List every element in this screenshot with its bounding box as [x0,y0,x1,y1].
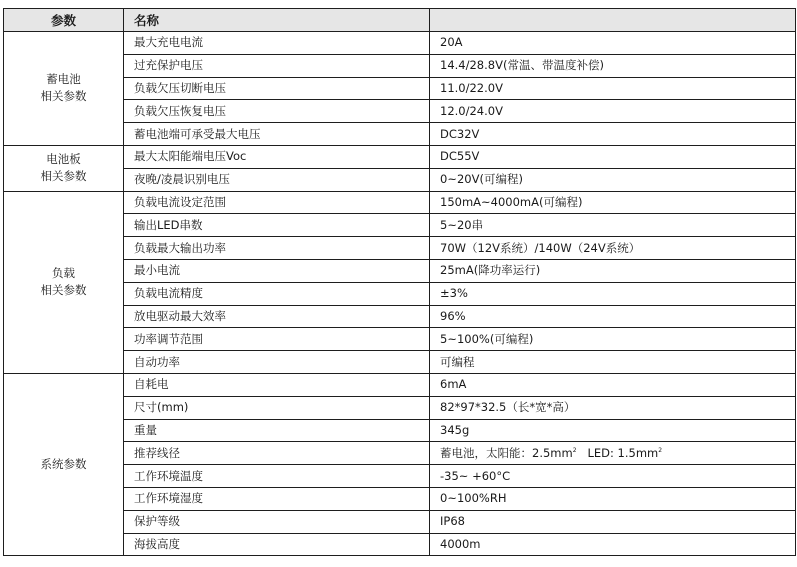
param-value: 12.0/24.0V [430,100,796,123]
param-value: ±3% [430,282,796,305]
param-name: 工作环境温度 [124,465,430,488]
param-name: 负载电流设定范围 [124,191,430,214]
group-label-solar-panel: 电池板 相关参数 [4,145,124,191]
param-name: 自动功率 [124,351,430,374]
group-label-line: 负载 [52,266,75,280]
param-name: 保护等级 [124,510,430,533]
param-name: 工作环境湿度 [124,487,430,510]
param-value: 14.4/28.8V(常温、带温度补偿) [430,54,796,77]
param-name: 夜晚/凌晨识别电压 [124,168,430,191]
param-name: 海拔高度 [124,533,430,556]
param-value: DC32V [430,123,796,146]
param-value: 150mA~4000mA(可编程) [430,191,796,214]
param-name: 负载欠压恢复电压 [124,100,430,123]
param-name: 负载最大输出功率 [124,237,430,260]
param-name: 最大太阳能端电压Voc [124,145,430,168]
param-value: 0~20V(可编程) [430,168,796,191]
header-param: 参数 [4,9,124,32]
header-value [430,9,796,32]
param-name: 负载电流精度 [124,282,430,305]
param-name: 功率调节范围 [124,328,430,351]
group-label-battery: 蓄电池 相关参数 [4,32,124,146]
header-row: 参数 名称 [4,9,796,32]
param-value: 70W（12V系统）/140W（24V系统） [430,237,796,260]
param-value: 5~20串 [430,214,796,237]
param-name: 过充保护电压 [124,54,430,77]
group-label-load: 负载 相关参数 [4,191,124,373]
param-name: 自耗电 [124,373,430,396]
group-label-line: 电池板 [46,152,81,166]
table-row: 负载 相关参数 负载电流设定范围 150mA~4000mA(可编程) [4,191,796,214]
param-value: -35~ +60°C [430,465,796,488]
param-name: 最大充电电流 [124,32,430,55]
wire-gauge-battery-solar: 蓄电池，太阳能：2.5mm [440,446,573,460]
param-value: IP68 [430,510,796,533]
param-name: 推荐线径 [124,442,430,465]
param-name: 输出LED串数 [124,214,430,237]
param-name: 最小电流 [124,259,430,282]
table-row: 系统参数 自耗电 6mA [4,373,796,396]
group-label-line: 相关参数 [41,169,87,183]
group-label-line: 相关参数 [41,89,87,103]
param-value: 4000m [430,533,796,556]
wire-gauge-led: LED: 1.5mm [577,446,659,460]
group-label-line: 相关参数 [41,283,87,297]
param-name: 放电驱动最大效率 [124,305,430,328]
param-value: 5~100%(可编程) [430,328,796,351]
param-value: DC55V [430,145,796,168]
spec-table: 参数 名称 蓄电池 相关参数 最大充电电流 20A 过充保护电压 14.4/28… [3,8,796,556]
param-value: 可编程 [430,351,796,374]
group-label-system: 系统参数 [4,373,124,555]
group-label-line: 蓄电池 [46,72,81,86]
superscript: 2 [658,447,662,454]
param-value: 蓄电池，太阳能：2.5mm2 LED: 1.5mm2 [430,442,796,465]
param-value: 0~100%RH [430,487,796,510]
param-name: 重量 [124,419,430,442]
table-row: 电池板 相关参数 最大太阳能端电压Voc DC55V [4,145,796,168]
param-value: 345g [430,419,796,442]
param-name: 尺寸(mm) [124,396,430,419]
header-name: 名称 [124,9,430,32]
param-name: 蓄电池端可承受最大电压 [124,123,430,146]
param-value: 6mA [430,373,796,396]
param-value: 20A [430,32,796,55]
group-label-line: 系统参数 [41,457,87,471]
param-value: 96% [430,305,796,328]
table-row: 蓄电池 相关参数 最大充电电流 20A [4,32,796,55]
param-value: 82*97*32.5（长*宽*高） [430,396,796,419]
param-value: 11.0/22.0V [430,77,796,100]
param-name: 负载欠压切断电压 [124,77,430,100]
param-value: 25mA(降功率运行) [430,259,796,282]
